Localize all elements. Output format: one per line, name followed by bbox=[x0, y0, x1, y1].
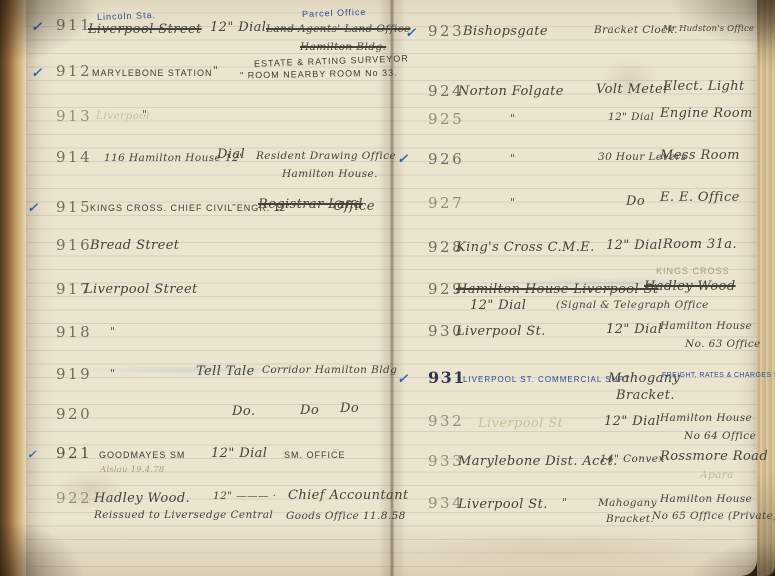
entry-928-location: King's Cross C.M.E. bbox=[456, 240, 595, 255]
entry-919-office: Corridor Hamilton Bldg bbox=[262, 364, 397, 376]
entry-919-ditto: " bbox=[110, 367, 115, 380]
entry-933-dial: 14" Convex bbox=[600, 453, 665, 465]
entry-911-office-struck-2: Hamilton Bldg. bbox=[300, 41, 386, 53]
entry-934-ditto: " bbox=[562, 496, 567, 509]
entry-920-dial-do: Do. bbox=[232, 404, 255, 419]
entry-934-dial-line2: Bracket. bbox=[606, 513, 654, 525]
entry-934-office-line1: Hamilton House bbox=[660, 493, 752, 505]
entry-927-number: 927 bbox=[428, 194, 464, 212]
entry-930-office-line1: Hamilton House bbox=[660, 320, 752, 332]
entry-921-location: GOODMAYES SM bbox=[99, 450, 185, 460]
entry-925-ditto: " bbox=[510, 112, 515, 125]
entry-912-ditto: " bbox=[213, 64, 218, 77]
entry-929-location-struck: Hamilton House Liverpool St bbox=[456, 282, 659, 297]
entry-929-office-struck: Hadley Wood bbox=[644, 279, 736, 294]
entry-922-location: Hadley Wood. bbox=[94, 491, 190, 506]
entry-931-number: 931 bbox=[428, 368, 466, 387]
check-icon: ✓ bbox=[30, 20, 45, 35]
entry-933-office: Rossmore Road bbox=[660, 449, 768, 464]
entry-934-location: Liverpool St. bbox=[458, 497, 548, 512]
entry-921-pencil-note: Alslau 19.4.78 bbox=[100, 465, 164, 475]
entry-932-office-line2: No 64 Office bbox=[684, 430, 756, 442]
entry-916-location: Bread Street bbox=[90, 238, 179, 253]
entry-911-location-correction: Lincoln Sta. bbox=[97, 10, 156, 22]
entry-927-office: E. E. Office bbox=[660, 190, 740, 205]
check-icon: ✓ bbox=[30, 66, 45, 81]
entry-927-dial-do: Do bbox=[626, 194, 645, 209]
entry-913-ditto: " bbox=[142, 108, 147, 121]
entry-931-dial-line2: Bracket. bbox=[616, 388, 675, 403]
entry-919-number: 919 bbox=[56, 365, 92, 383]
entry-932-location-pencil: Liverpool St bbox=[478, 416, 563, 431]
entry-920-office-do: Do bbox=[300, 403, 319, 418]
entry-923-number: 923 bbox=[428, 22, 464, 40]
entry-911-office-correction: Parcel Office bbox=[302, 7, 367, 19]
entry-920-number: 920 bbox=[56, 405, 92, 423]
entry-924-dial: Volt Meter bbox=[596, 82, 670, 97]
entry-914-office-line1: Resident Drawing Office bbox=[256, 150, 396, 162]
entry-932-number: 932 bbox=[428, 412, 464, 430]
entry-934-office-line2: No 65 Office (Private) bbox=[652, 510, 775, 522]
entry-923-office: Mr Hudston's Office bbox=[663, 24, 754, 34]
entry-925-dial: 12" Dial bbox=[608, 111, 654, 123]
entry-918-ditto: " bbox=[110, 325, 115, 338]
entry-914-office-line2: Hamilton House. bbox=[282, 168, 378, 180]
entry-921-pencil-marks: ″″ bbox=[333, 448, 340, 458]
entry-912-number: 912 bbox=[56, 62, 92, 80]
entry-928-office: Room 31a. bbox=[663, 237, 737, 252]
entry-911-office-struck: Land Agents' Land Office bbox=[266, 23, 411, 35]
check-icon: ✓ bbox=[396, 152, 411, 167]
entry-926-number: 926 bbox=[428, 150, 464, 168]
entry-922-dial: 12" ——— · bbox=[213, 490, 276, 502]
entry-919-dial: Tell Tale bbox=[196, 364, 255, 379]
entry-924-office: Elect. Light bbox=[663, 79, 745, 94]
entry-915-number: 915 bbox=[56, 198, 92, 216]
entry-930-dial: 12" Dial bbox=[606, 322, 662, 337]
entry-924-location: Norton Folgate bbox=[458, 84, 564, 99]
check-icon: ✓ bbox=[26, 201, 41, 216]
entry-923-location: Bishopsgate bbox=[463, 24, 548, 39]
entry-916-number: 916 bbox=[56, 236, 92, 254]
entry-915-office: Office bbox=[333, 199, 375, 214]
ledger-content: ✓ 911 Lincoln Sta. Liverpool Street 12" … bbox=[0, 0, 775, 576]
entry-930-location: Liverpool St. bbox=[456, 324, 546, 339]
entry-932-dial: 12" Dial bbox=[604, 414, 660, 429]
entry-927-ditto: " bbox=[510, 196, 515, 209]
entry-920-office-do2: Do bbox=[340, 401, 359, 416]
entry-914-dial: Dial bbox=[217, 147, 245, 162]
entry-918-number: 918 bbox=[56, 323, 92, 341]
entry-912-location: MARYLEBONE STATION bbox=[92, 68, 213, 78]
ledger-scan: { "document": {"kind": "handwritten cloc… bbox=[0, 0, 775, 576]
entry-914-number: 914 bbox=[56, 148, 92, 166]
entry-922-note-line2: Reissued to Liversedge Central bbox=[94, 509, 273, 521]
entry-915-ditto: ″ bbox=[232, 202, 237, 215]
entry-928-dial: 12" Dial bbox=[606, 238, 662, 253]
entry-926-office: Mess Room bbox=[660, 148, 740, 163]
entry-929-note-line2: (Signal & Telegraph Office bbox=[556, 299, 709, 311]
entry-932-office-line1: Hamilton House bbox=[660, 412, 752, 424]
entry-926-ditto: " bbox=[510, 152, 515, 165]
entry-917-location: Liverpool Street bbox=[84, 282, 198, 297]
entry-921-number: 921 bbox=[56, 444, 92, 462]
entry-922-office-line2: Goods Office 11.8.58 bbox=[286, 510, 406, 522]
entry-933-location: Marylebone Dist. Acct. bbox=[458, 454, 618, 469]
entry-925-office: Engine Room bbox=[660, 106, 753, 121]
entry-921-dial: 12" Dial bbox=[211, 446, 267, 461]
entry-929-pencil-correction: KINGS CROSS bbox=[656, 266, 730, 276]
entry-911-dial: 12" Dial bbox=[210, 20, 266, 35]
entry-912-office-line2: " ROOM NEARBY ROOM No 33. bbox=[240, 68, 398, 81]
entry-933-pencil-note: Apara bbox=[700, 469, 734, 481]
entry-929-dial-line2: 12" Dial bbox=[470, 298, 526, 313]
check-icon: ✓ bbox=[404, 26, 419, 41]
entry-922-office: Chief Accountant bbox=[288, 488, 409, 503]
entry-930-office-line2: No. 63 Office bbox=[685, 338, 761, 350]
entry-912-office-line1: ESTATE & RATING SURVEYOR bbox=[254, 53, 409, 68]
check-icon: ✓ bbox=[26, 448, 39, 461]
entry-911-number: 911 bbox=[56, 16, 92, 34]
check-icon: ✓ bbox=[396, 372, 411, 387]
entry-911-location-struck: Liverpool Street bbox=[88, 22, 202, 37]
entry-913-number: 913 bbox=[56, 107, 92, 125]
entry-934-dial-line1: Mahogany bbox=[598, 497, 657, 509]
entry-925-number: 925 bbox=[428, 110, 464, 128]
entry-931-office: FREIGHT, RATES & CHARGES SECT. bbox=[662, 372, 775, 379]
entry-922-number: 922 bbox=[56, 489, 92, 507]
